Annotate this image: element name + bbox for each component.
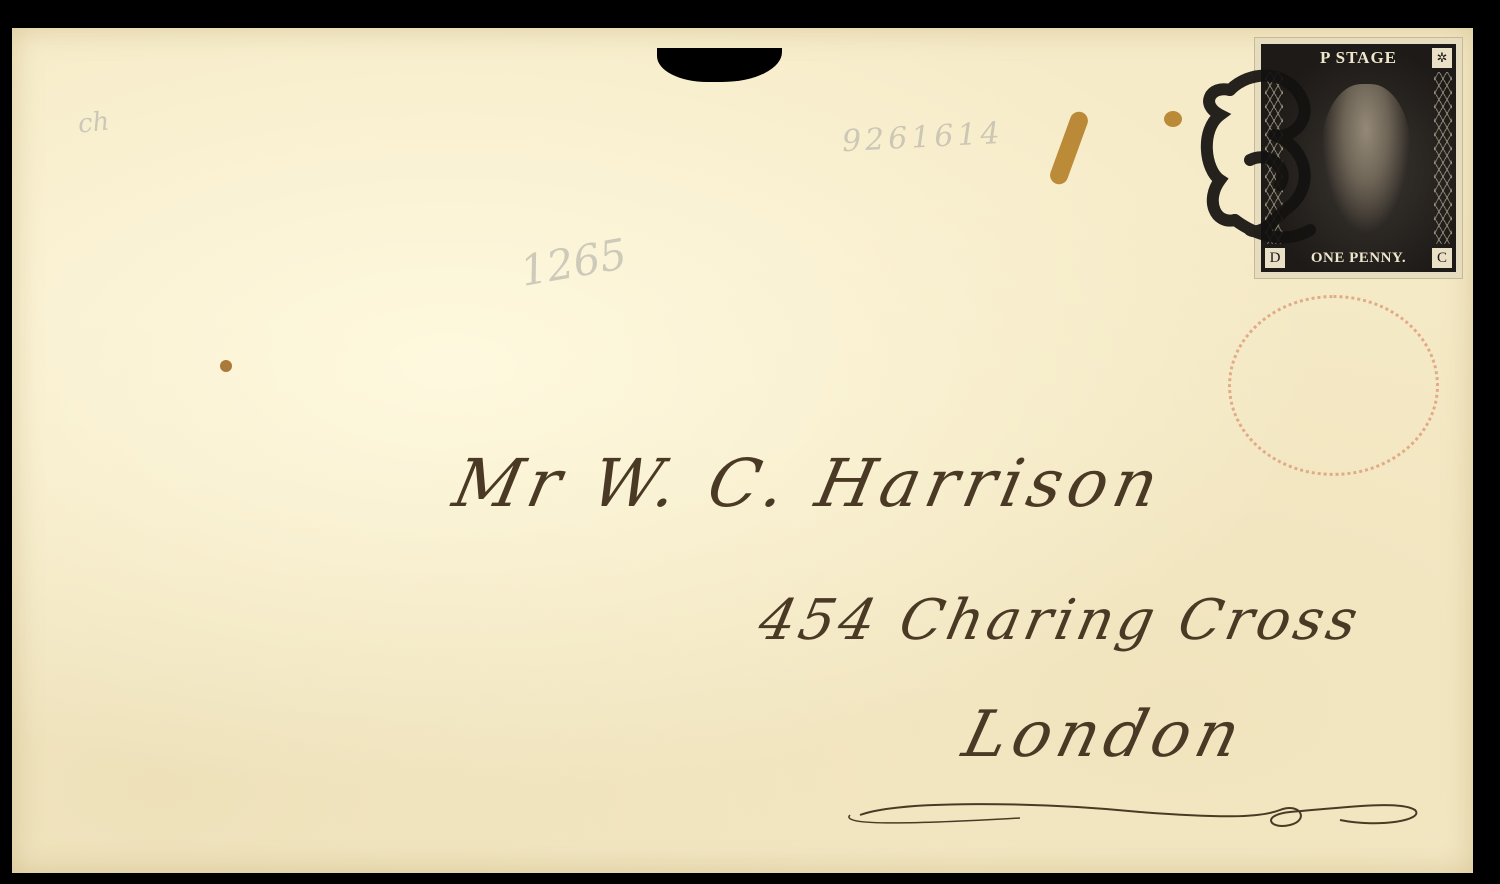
address-line-street: 454 Charing Cross	[753, 588, 1367, 653]
address-line-name: Mr W. C. Harrison	[447, 445, 1171, 522]
address-line-city: London	[956, 698, 1253, 772]
stamp-side-border-left	[1265, 72, 1283, 244]
stamp-engraving: P STAGE ✲ D ONE PENNY. C	[1261, 44, 1456, 272]
stamp-value-label: ONE PENNY.	[1287, 248, 1430, 268]
penny-black-stamp: P STAGE ✲ D ONE PENNY. C	[1255, 38, 1462, 278]
star-ornament-icon: ✲	[1432, 48, 1452, 68]
red-circular-postmark	[1228, 295, 1439, 476]
check-letter-left: D	[1265, 248, 1285, 268]
underline-flourish	[840, 790, 1430, 840]
pencil-note-top-center: 9261614	[841, 116, 1004, 159]
stamp-postage-label: P STAGE	[1291, 48, 1426, 68]
stamp-side-border-right	[1434, 72, 1452, 244]
pencil-note-top-left: ch	[77, 106, 111, 139]
pencil-note-left-middle: 1265	[517, 229, 631, 296]
stain-streak	[1048, 109, 1091, 187]
torn-notch	[657, 48, 782, 82]
stain-blob	[1164, 111, 1182, 127]
queen-profile	[1321, 84, 1411, 234]
ink-dot	[220, 360, 232, 372]
check-letter-right: C	[1432, 248, 1452, 268]
